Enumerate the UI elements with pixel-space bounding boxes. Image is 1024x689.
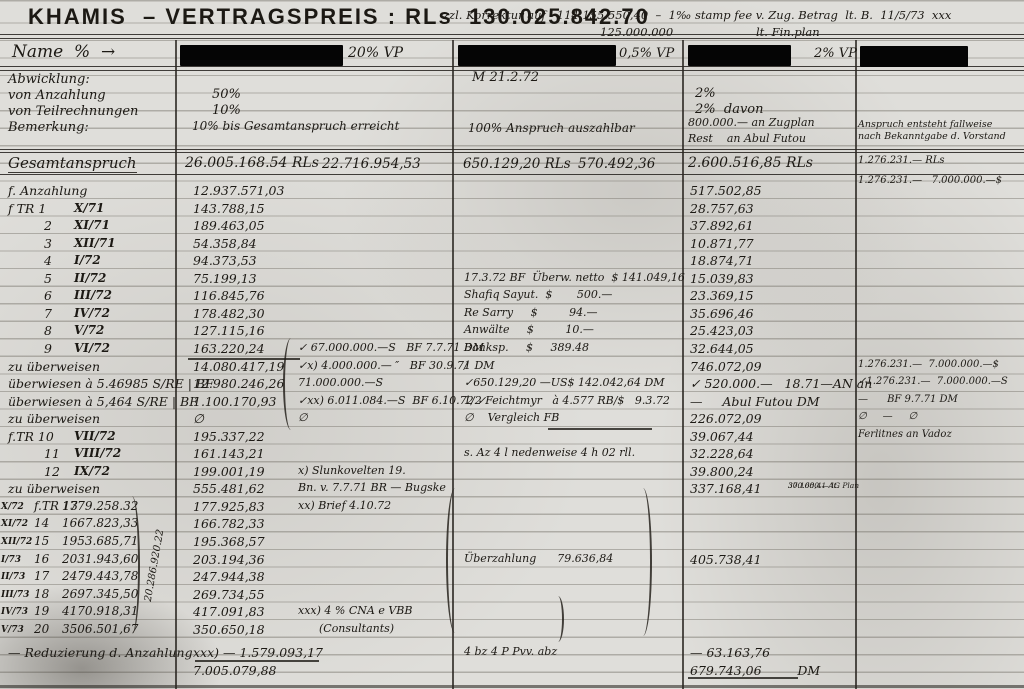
col1-amount: 269.734,55 xyxy=(193,587,265,602)
col1-amount: 417.091,83 xyxy=(193,604,265,619)
col1-amount: 143.788,15 xyxy=(193,201,265,216)
name-percent-header: Name % → xyxy=(12,42,115,62)
col2-entry: s. Az 4 l nedenweise 4 h 02 rll. xyxy=(464,446,635,459)
gesamtanspruch-label: Gesamtanspruch xyxy=(8,154,137,173)
handwritten-brace xyxy=(283,338,299,430)
ruled-line xyxy=(0,152,1024,153)
gesamtanspruch-col1b: 22.716.954,53 xyxy=(322,156,421,172)
col1-amount: 12.937.571,03 xyxy=(193,183,284,198)
anzahlung-col3: 2% xyxy=(695,86,716,101)
col1-amount: 75.199,13 xyxy=(193,271,257,286)
ledger-row: X/71 f TR 1 143.788,15 28.757,63 xyxy=(0,201,1024,219)
correction-fin-plan: lt. Fin.plan xyxy=(756,25,820,39)
period-label: V/72 xyxy=(74,323,104,337)
handwritten-brace xyxy=(552,596,564,642)
row-label: 15 xyxy=(34,534,49,548)
bemerkung-col1: 10% bis Gesamtanspruch erreicht xyxy=(192,119,399,133)
col2-entry: 4 bz 4 P Pvv. abz xyxy=(464,645,557,658)
col1-annotation: (Consultants) xyxy=(298,622,394,635)
col1-amount: 127.115,16 xyxy=(193,323,265,338)
col1-amount: 555.481,62 xyxy=(193,481,265,496)
bemerkung-col4-line2: nach Bekanntgabe d. Vorstand xyxy=(858,131,1006,142)
col1-amount: xxx) — 1.579.093,17 xyxy=(193,645,323,660)
redaction-box xyxy=(688,45,791,66)
col3-amount: 23.369,15 xyxy=(690,288,754,303)
redaction-box xyxy=(180,45,343,66)
period-label: XII/71 xyxy=(74,236,116,250)
row-label: 4 xyxy=(44,253,52,268)
col3-amount: — Abul Futou DM xyxy=(690,394,820,409)
row-label: zu überweisen xyxy=(8,481,100,496)
col3-small-note-2: 37.168,41 AG Plan xyxy=(788,481,859,490)
col1-amount: 94.373,53 xyxy=(193,253,257,268)
row-label: f TR 1 xyxy=(8,201,46,216)
ledger-row: VI/72 9 163.220,24 ✓ 67.000.000.—S BF 7.… xyxy=(0,341,1024,359)
row-label: 8 xyxy=(44,323,52,338)
bemerkung-col3-line1: 800.000.— an Zugplan xyxy=(688,116,815,129)
col3-amount: 226.072,09 xyxy=(690,411,762,426)
ledger-row: IV/72 7 178.482,30 Re Sarry $ 94.— 35.69… xyxy=(0,306,1024,324)
col1-amount: ∅ xyxy=(193,411,204,426)
row-label: 2 xyxy=(44,218,52,233)
col4-entry: ✓1.276.231.— 7.000.000.—S xyxy=(858,376,1008,387)
ledger-row: VII/72 f.TR 10 195.337,22 39.067,44 Ferl… xyxy=(0,429,1024,447)
row-label: überwiesen à 5.46985 S/RE | BF xyxy=(8,376,214,391)
col1-annotation: xxx) 4 % CNA e VBB xyxy=(298,604,412,617)
col1-annotation: 71.000.000.—S xyxy=(298,376,383,389)
row-label: — Reduzierung d. Anzahlung xyxy=(8,645,193,660)
col1-amount: 116.845,76 xyxy=(193,288,265,303)
col3-amount: 39.067,44 xyxy=(690,429,754,444)
ledger-row: 7.005.079,88 679.743,06 DM xyxy=(0,663,1024,681)
row-label: 20 xyxy=(34,622,49,636)
handwritten-brace xyxy=(124,496,140,634)
col2-entry: Überzahlung 79.636,84 xyxy=(464,552,613,565)
col1-annotation: ✓xx) 6.011.084.—S BF 6.10.72 ✓ xyxy=(298,394,486,407)
col3-amount: 39.800,24 xyxy=(690,464,754,479)
period-label: X/71 xyxy=(74,201,104,215)
col1-amount: 1.100.170,93 xyxy=(193,394,277,409)
col1-annotation: xx) Brief 4.10.72 xyxy=(298,499,391,512)
row-label: f.TR 10 xyxy=(8,429,54,444)
col1-amount: 177.925,83 xyxy=(193,499,265,514)
period-label: XI/71 xyxy=(74,218,110,232)
col3-amount: 15.039,83 xyxy=(690,271,754,286)
row-label: 3 xyxy=(44,236,52,251)
teilrechnungen-label: von Teilrechnungen xyxy=(8,104,138,119)
ledger-row: III/72 6 116.845,76 Shafiq Sayut. $ 500.… xyxy=(0,288,1024,306)
col1-amount: 54.358,84 xyxy=(193,236,257,251)
col3-amount: 746.072,09 xyxy=(690,359,762,374)
col4-claim-rls: 1.276.231.— RLs xyxy=(858,155,945,166)
ruled-line xyxy=(0,34,1024,35)
col3-amount: 37.892,61 xyxy=(690,218,754,233)
col4-entry: ∅ — ∅ xyxy=(858,411,917,422)
period-label: X/72 xyxy=(1,502,24,512)
row-label: 16 xyxy=(34,552,49,566)
col4-entry: 1.276.231.— 7.000.000.—$ xyxy=(858,359,999,370)
ruled-line xyxy=(0,38,1024,39)
period-label: IX/72 xyxy=(74,464,110,478)
col2-entry: ✓650.129,20 —US$ 142.042,64 DM xyxy=(464,376,665,389)
bemerkung-label: Bemerkung: xyxy=(8,120,89,135)
col3-amount: 517.502,85 xyxy=(690,183,762,198)
row-label: 9 xyxy=(44,341,52,356)
col3-amount: ✓ 520.000.— 18.71—AN an xyxy=(690,376,872,391)
ledger-row: — Reduzierung d. Anzahlung xxx) — 1.579.… xyxy=(0,645,1024,663)
column-header-20vp: 20% VP xyxy=(348,45,403,61)
gesamtanspruch-col1a: 26.005.168.54 RLs xyxy=(185,155,319,171)
ledger-row: V/73 20 3506.501,67 350.650,18 (Consulta… xyxy=(0,622,1024,640)
ruled-line xyxy=(0,685,1024,688)
col1-amount: 166.782,33 xyxy=(193,516,265,531)
handwritten-brace xyxy=(634,488,652,636)
period-label: V/73 xyxy=(1,625,24,635)
row-label: zu überweisen xyxy=(8,411,100,426)
sum-underline xyxy=(548,428,652,430)
col1-annotation: ∅ xyxy=(298,411,308,424)
ledger-row: zu überweisen 14.080.417,19 ✓x) 4.000.00… xyxy=(0,359,1024,377)
row-label: 11 xyxy=(44,446,60,461)
col3-amount: 32.644,05 xyxy=(690,341,754,356)
row-label: zu überweisen xyxy=(8,359,100,374)
redaction-box xyxy=(860,46,968,67)
sum-underline xyxy=(688,677,798,679)
period-label: VII/72 xyxy=(74,429,116,443)
col4-entry: Ferlitnes an Vadoz xyxy=(858,429,952,440)
row-label: f. Anzahlung xyxy=(8,183,87,198)
col3-amount: 679.743,06 DM xyxy=(690,663,820,678)
col3-amount: — 63.163,76 xyxy=(690,645,770,660)
col2-entry: Anwälte $ 10.— xyxy=(464,323,594,336)
period-label: II/72 xyxy=(74,271,106,285)
col3-amount: 25.423,03 xyxy=(690,323,754,338)
col2-entry: ∅ Vergleich FB xyxy=(464,411,559,424)
col3-amount: 10.871,77 xyxy=(690,236,754,251)
col3-amount: 18.874,71 xyxy=(690,253,754,268)
col1-amount: 178.482,30 xyxy=(193,306,265,321)
col3-amount: 337.168,41 xyxy=(690,481,762,496)
bemerkung-col2: 100% Anspruch auszahlbar xyxy=(468,121,635,135)
column-header-2vp: 2% VP xyxy=(814,46,857,61)
period-label: IV/73 xyxy=(1,607,28,617)
ledger-row: zu überweisen ∅ ∅ ∅ Vergleich FB 226.072… xyxy=(0,411,1024,429)
period-label: VI/72 xyxy=(74,341,110,355)
ledger-row: überwiesen à 5.46985 S/RE | BF 12.980.24… xyxy=(0,376,1024,394)
row-label: 12 xyxy=(44,464,60,479)
row-label: 14 xyxy=(34,516,49,530)
period-label: VIII/72 xyxy=(74,446,121,460)
col3-amount: 32.228,64 xyxy=(690,446,754,461)
ledger-row: X/72 f.TR 13 1779.258.32 177.925,83 xx) … xyxy=(0,499,1024,517)
col2-entry: Banksp. $ 389.48 xyxy=(464,341,589,354)
col1-amount: 7.005.079,88 xyxy=(193,663,277,678)
redaction-box xyxy=(458,45,616,66)
anzahlung-col1: 50% xyxy=(212,87,241,102)
col1-amount: 350.650,18 xyxy=(193,622,265,637)
col2-entry: Shafiq Sayut. $ 500.— xyxy=(464,288,612,301)
col1-amount: 14.080.417,19 xyxy=(193,359,284,374)
abwicklung-label: Abwicklung: xyxy=(8,72,90,87)
gesamtanspruch-col2b: 570.492,36 xyxy=(578,156,655,172)
period-label: III/73 xyxy=(1,590,29,600)
row-label: überwiesen à 5,464 S/RE | BF xyxy=(8,394,198,409)
scanned-ledger-page: KHAMIS – VERTRAGSPREIS : RLs 130.025.842… xyxy=(0,0,1024,689)
ledger-row: I/72 4 94.373,53 18.874,71 xyxy=(0,253,1024,271)
row-label: 5 xyxy=(44,271,52,286)
row-label: 7 xyxy=(44,306,52,321)
col4-entry: — BF 9.7.71 DM xyxy=(858,394,958,405)
gesamtanspruch-col3: 2.600.516,85 RLs xyxy=(688,155,813,171)
col1-amount: 247.944,38 xyxy=(193,569,265,584)
col2-entry: ∕ xyxy=(464,359,468,372)
period-label: I/73 xyxy=(1,555,21,565)
col1-amount: 161.143,21 xyxy=(193,446,265,461)
ledger-row: V/72 8 127.115,16 Anwälte $ 10.— 25.423,… xyxy=(0,323,1024,341)
period-label: II/73 xyxy=(1,572,25,582)
col1-amount: 195.337,22 xyxy=(193,429,265,444)
row-label: 17 xyxy=(34,569,49,583)
period-label: XII/72 xyxy=(1,537,32,547)
col3-amount: 35.696,46 xyxy=(690,306,754,321)
col1-amount: 203.194,36 xyxy=(193,552,265,567)
col1-amount: 12.980.246,26 xyxy=(193,376,284,391)
period-label: III/72 xyxy=(74,288,112,302)
col2-entry: 1/2 Feichtmyr à 4.577 RB/$ 9.3.72 xyxy=(464,394,670,407)
sum-underline xyxy=(188,358,300,360)
ruled-line xyxy=(0,149,1024,150)
col1-annotation: x) Slunkovelten 19. xyxy=(298,464,406,477)
col2-entry: 17.3.72 BF Überw. netto $ 141.049,16 xyxy=(464,271,685,284)
period-label: XI/72 xyxy=(1,519,28,529)
col1-amount: 199.001,19 xyxy=(193,464,265,479)
col1-annotation: ✓ 67.000.000.—S BF 7.7.71 DM xyxy=(298,341,484,354)
col2-entry: Re Sarry $ 94.— xyxy=(464,306,598,319)
correction-amount: 125.000.000 xyxy=(600,25,673,39)
bemerkung-col3-line2: Rest an Abul Futou xyxy=(688,132,806,145)
row-label: 19 xyxy=(34,604,49,618)
col1-amount: 163.220,24 xyxy=(193,341,265,356)
row-label: 18 xyxy=(34,587,49,601)
period-label: IV/72 xyxy=(74,306,110,320)
gesamtanspruch-col2a: 650.129,20 RLs xyxy=(463,156,571,172)
col1-amount: 195.368,57 xyxy=(193,534,265,549)
ledger-row: IV/73 19 4170.918,31 417.091,83 xxx) 4 %… xyxy=(0,604,1024,622)
ledger-row: überwiesen à 5,464 S/RE | BF 1.100.170,9… xyxy=(0,394,1024,412)
ledger-row: IX/72 12 199.001,19 x) Slunkovelten 19. … xyxy=(0,464,1024,482)
ledger-row: zu überweisen 555.481,62 Bn. v. 7.7.71 B… xyxy=(0,481,1024,499)
col3-amount: 405.738,41 xyxy=(690,552,762,567)
col1-annotation: Bn. v. 7.7.71 BR — Bugske xyxy=(298,481,446,494)
ledger-row: XII/71 3 54.358,84 10.871,77 xyxy=(0,236,1024,254)
ledger-row: XI/71 2 189.463,05 37.892,61 xyxy=(0,218,1024,236)
teilrechnungen-col1: 10% xyxy=(212,103,241,118)
teilrechnungen-col3: 2% davon xyxy=(695,102,764,117)
ledger-row: VIII/72 11 161.143,21 s. Az 4 l nedenwei… xyxy=(0,446,1024,464)
ledger-row: XI/72 14 1667.823,33 166.782,33 xyxy=(0,516,1024,534)
ledger-row: f. Anzahlung 12.937.571,03 517.502,85 xyxy=(0,183,1024,201)
handwritten-brace xyxy=(446,488,464,633)
row-label: 6 xyxy=(44,288,52,303)
bemerkung-col4-line1: Anspruch entsteht fallweise xyxy=(858,119,992,130)
title-correction-note: zzl. Korrektur auf 114.155.550,40 – 1‰ s… xyxy=(443,8,951,22)
column-header-05vp: 0,5% VP xyxy=(619,46,674,61)
period-label: I/72 xyxy=(74,253,101,267)
col1-amount: 189.463,05 xyxy=(193,218,265,233)
abwicklung-date: M 21.2.72 xyxy=(472,70,539,85)
col3-amount: 28.757,63 xyxy=(690,201,754,216)
anzahlung-label: von Anzahlung xyxy=(8,88,106,103)
ledger-row: II/72 5 75.199,13 17.3.72 BF Überw. nett… xyxy=(0,271,1024,289)
sum-underline xyxy=(195,660,319,662)
